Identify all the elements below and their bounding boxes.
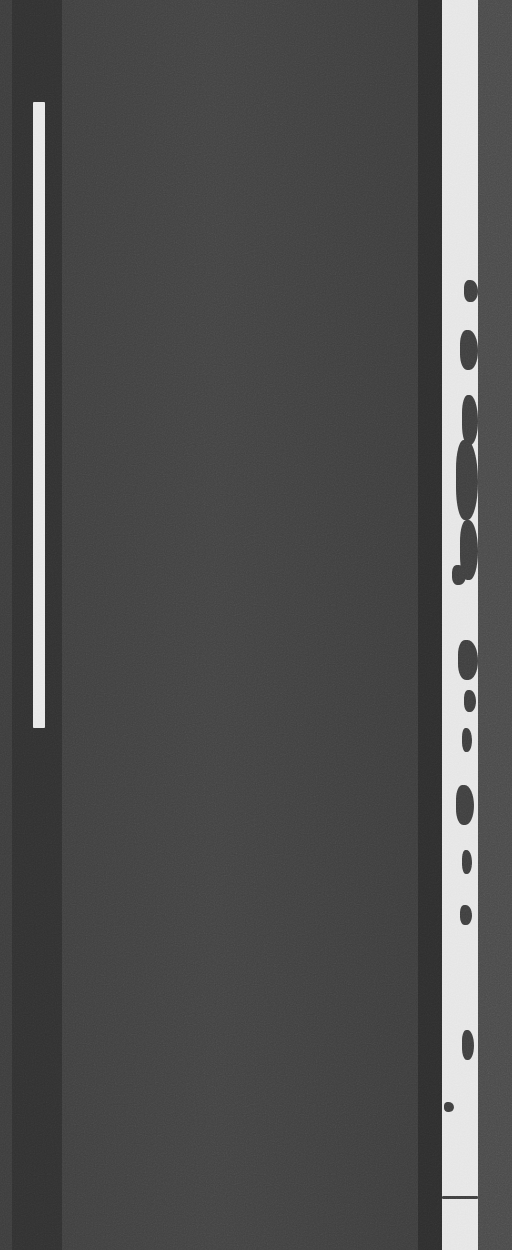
road-scene xyxy=(0,0,512,1250)
asphalt-texture xyxy=(0,0,512,1250)
